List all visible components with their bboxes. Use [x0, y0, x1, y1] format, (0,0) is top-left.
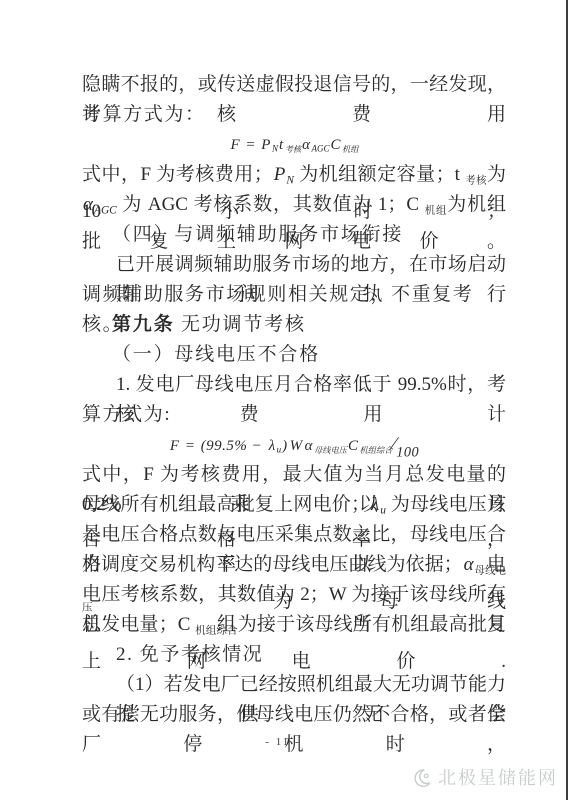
formula: F = (99.5% − λu)Wα母线电压C机组综合∕100 — [82, 430, 506, 460]
text-line: αAGC 为 AGC 考核系数，其数值为 1；C 机组为机组批复上网电价。 — [82, 190, 506, 220]
document-page: 隐瞒不报的，或传送虚假投退信号的，一经发现，考核费用计算方式为：F = PNt考… — [0, 0, 568, 800]
text-line: 力调度交易机构下达的母线电压曲线为依据；α母线电压 为母线 — [82, 550, 506, 580]
text-line: 母线所有机组最高批复上网电价；λu 为母线电压月合格率， — [82, 490, 506, 520]
text-line: 第九条 无功调节考核 — [82, 310, 506, 340]
watermark: 北极星储能网 — [412, 764, 558, 790]
crescent-star-logo-icon — [412, 767, 433, 788]
text-line: 是电压合格点数与电压采集点数之比，母线电压合格率以电 — [82, 520, 506, 550]
watermark-text: 北极星储能网 — [438, 764, 558, 790]
text-line: 已开展调频辅助服务市场的地方，在市场启动期间执行 — [82, 250, 506, 280]
text-line: 式中，F 为考核费用；PN 为机组额定容量；t 考核为 10 小时； — [82, 160, 506, 190]
text-line: （一）母线电压不合格 — [82, 340, 506, 370]
text-line: 电压考核系数，其数值为 2；W 为接于该母线所有机组当月 — [82, 580, 506, 610]
text-line: 隐瞒不报的，或传送虚假投退信号的，一经发现，考核费用 — [82, 70, 506, 100]
text-line: 总发电量；C 机组综合为接于该母线所有机组最高批复上网电价. — [82, 610, 506, 640]
text-line: 或有偿无功服务，但母线电压仍然不合格，或者全厂停机时， — [82, 700, 506, 730]
text-line: 式中，F 为考核费用，最大值为当月总发电量的 0.2%乘以该 — [82, 460, 506, 490]
text-line: （1）若发电厂已经按照机组最大无功调节能力提供无偿 — [82, 670, 506, 700]
formula: F = PNt考核αAGCC机组 — [82, 130, 506, 160]
text-line: 调频辅助服务市场规则相关规定，不重复考核。 — [82, 280, 506, 310]
text-line: 1. 发电厂母线电压月合格率低于 99.5%时，考核费用计 — [82, 370, 506, 400]
page-number: - 11 - — [0, 736, 566, 748]
document-lines: 隐瞒不报的，或传送虚假投退信号的，一经发现，考核费用计算方式为：F = PNt考… — [82, 70, 506, 730]
